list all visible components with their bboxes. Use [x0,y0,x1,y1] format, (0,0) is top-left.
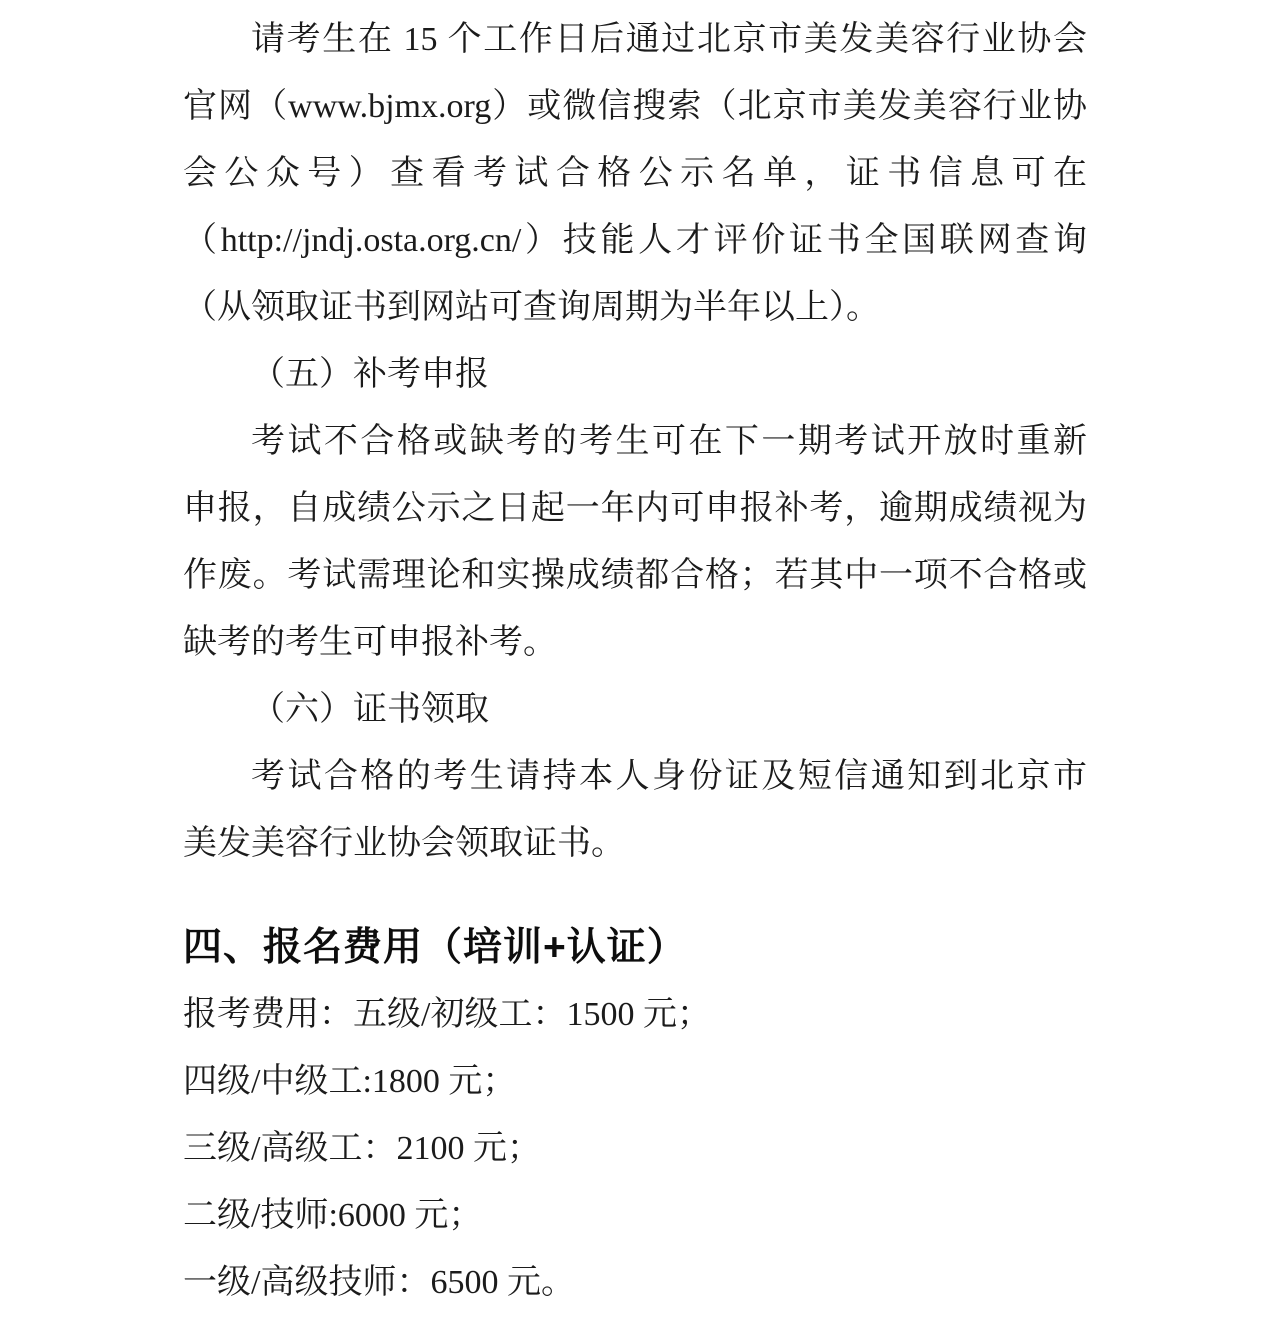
paragraph-line: 美发美容行业协会领取证书。 [183,810,1087,877]
subsection-title-retake: （五）补考申报 [183,341,1087,408]
paragraph-line: （从领取证书到网站可查询周期为半年以上）。 [183,274,1087,341]
paragraph-line: 缺考的考生可申报补考。 [183,609,1087,676]
paragraph-line: （http://jndj.osta.org.cn/）技能人才评价证书全国联网查询 [183,207,1087,274]
fee-line-level4: 四级/中级工:1800 元； [183,1048,1087,1115]
paragraph-line: 会公众号）查看考试合格公示名单，证书信息可在 [183,140,1087,207]
paragraph-line: 作废。考试需理论和实操成绩都合格；若其中一项不合格或 [183,542,1087,609]
section-heading-fees: 四、报名费用（培训+认证） [183,914,1087,981]
fee-line-level2: 二级/技师:6000 元； [183,1182,1087,1249]
paragraph-line: 考试合格的考生请持本人身份证及短信通知到北京市 [183,743,1087,810]
fee-line-level5: 报考费用：五级/初级工：1500 元； [183,981,1087,1048]
fee-line-level1: 一级/高级技师：6500 元。 [183,1249,1087,1316]
paragraph-line: 考试不合格或缺考的考生可在下一期考试开放时重新 [183,408,1087,475]
paragraph-line: 申报，自成绩公示之日起一年内可申报补考，逾期成绩视为 [183,475,1087,542]
paragraph-line: 官网（www.bjmx.org）或微信搜索（北京市美发美容行业协 [183,73,1087,140]
fee-line-level3: 三级/高级工：2100 元； [183,1115,1087,1182]
paragraph-line: 请考生在 15 个工作日后通过北京市美发美容行业协会 [183,6,1087,73]
document-page: 请考生在 15 个工作日后通过北京市美发美容行业协会 官网（www.bjmx.o… [0,0,1280,1318]
subsection-title-certificate: （六）证书领取 [183,676,1087,743]
